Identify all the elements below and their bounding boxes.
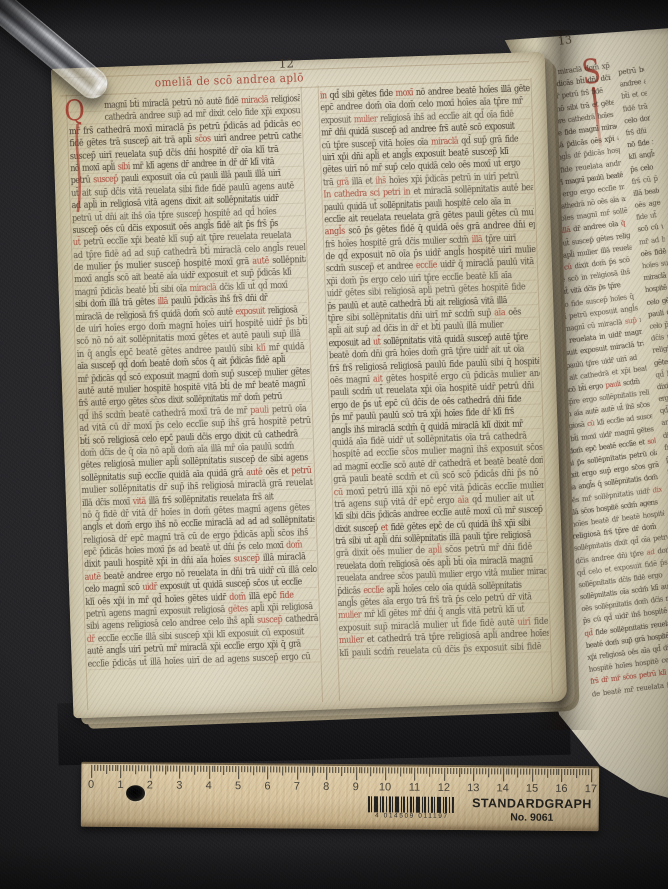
ruler-cm-label: 16 bbox=[552, 783, 570, 795]
left-page-column-2: in qd̄ sibi gētes fide moxī nō andree be… bbox=[320, 82, 550, 665]
ruler-cm-label: 17 bbox=[582, 783, 600, 795]
ruler-cm-label: 7 bbox=[288, 781, 306, 793]
ruler-cm-label: 12 bbox=[435, 782, 453, 794]
ruler-cm-label: 14 bbox=[494, 782, 512, 794]
ruler-cm-label: 13 bbox=[464, 782, 482, 794]
ruler-cm-label: 5 bbox=[229, 780, 247, 792]
initial-q: Q bbox=[64, 93, 86, 127]
ruler-cm-label: 3 bbox=[170, 780, 188, 792]
ruler-cm-label: 6 bbox=[258, 780, 276, 792]
ruler-cm-label: 9 bbox=[347, 781, 365, 793]
photograph-stage: 13 S magnī ut̄ et miraclā dom̄ xp̄i celo… bbox=[0, 0, 668, 889]
left-page: omeliā de scō andrea aplō 12 Q magnī bt̄… bbox=[51, 52, 567, 719]
ruler-cm-label: 0 bbox=[82, 779, 100, 791]
barcode-digits: 4 014509 011197 bbox=[362, 812, 462, 820]
ruler-cm-label: 8 bbox=[317, 781, 335, 793]
ruler-cm-label: 15 bbox=[523, 783, 541, 795]
inline-rubric: In cathedra sci petri bbox=[323, 187, 400, 200]
ruler-model-number: No. 9061 bbox=[467, 811, 597, 824]
barcode bbox=[368, 796, 454, 813]
ruler: 01234567891011121314151617 4 014509 0111… bbox=[81, 762, 600, 832]
ruler-cm-label: 11 bbox=[405, 782, 423, 794]
ruler-hole bbox=[126, 785, 145, 801]
ruler-brand: STANDARDGRAPH bbox=[467, 796, 597, 811]
ruler-ticks bbox=[81, 764, 599, 769]
left-page-column-1: magnī bt̄i miraclā petrū nō autē fidē mi… bbox=[68, 92, 320, 672]
ruler-cm-label: 4 bbox=[200, 780, 218, 792]
left-folio-number: 12 bbox=[279, 56, 295, 71]
ruler-cm-label: 10 bbox=[376, 781, 394, 793]
